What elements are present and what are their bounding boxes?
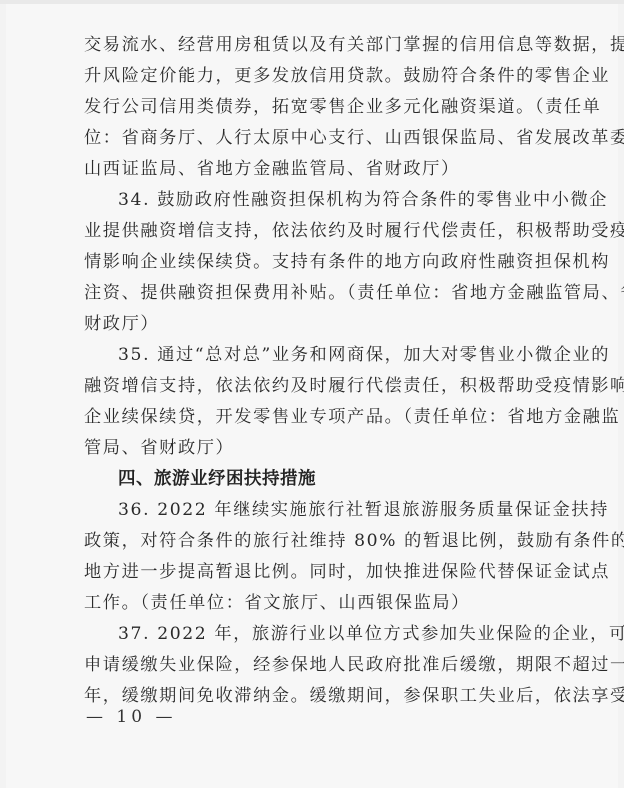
text-line: 升风险定价能力，更多发放信用贷款。鼓励符合条件的零售企业 [84, 61, 540, 92]
text-line: 发行公司信用类债券，拓宽零售企业多元化融资渠道。（责任单 [84, 92, 540, 123]
text-line: 政策，对符合条件的旅行社维持 80% 的暂退比例，鼓励有条件的 [84, 526, 540, 557]
text-line: 37. 2022 年，旅游行业以单位方式参加失业保险的企业，可 [84, 619, 540, 650]
text-line: 情影响企业续保续贷。支持有条件的地方向政府性融资担保机构 [84, 247, 540, 278]
paragraph-36: 36. 2022 年继续实施旅行社暂退旅游服务质量保证金扶持 政策，对符合条件的… [84, 495, 540, 619]
text-line: 融资增信支持，依法依约及时履行代偿责任，积极帮助受疫情影响 [84, 371, 540, 402]
text-line: 山西证监局、省地方金融监管局、省财政厅） [84, 154, 540, 185]
text-line: 位：省商务厅、人行太原中心支行、山西银保监局、省发展改革委、 [84, 123, 540, 154]
text-line: 申请缓缴失业保险，经参保地人民政府批准后缓缴，期限不超过一 [84, 650, 540, 681]
paragraph-35: 35. 通过“总对总”业务和网商保，加大对零售业小微企业的 融资增信支持，依法依… [84, 340, 540, 464]
paragraph-34: 34. 鼓励政府性融资担保机构为符合条件的零售业中小微企 业提供融资增信支持，依… [84, 185, 540, 340]
section-heading: 四、旅游业纾困扶持措施 [84, 464, 540, 495]
text-line: 34. 鼓励政府性融资担保机构为符合条件的零售业中小微企 [84, 185, 540, 216]
paragraph-continued: 交易流水、经营用房租赁以及有关部门掌握的信用信息等数据，提 升风险定价能力，更多… [84, 30, 540, 185]
text-line: 企业续保续贷，开发零售业专项产品。（责任单位：省地方金融监 [84, 402, 540, 433]
text-line: 工作。（责任单位：省文旅厅、山西银保监局） [84, 588, 540, 619]
document-body: 交易流水、经营用房租赁以及有关部门掌握的信用信息等数据，提 升风险定价能力，更多… [84, 30, 540, 712]
text-line: 地方进一步提高暂退比例。同时，加快推进保险代替保证金试点 [84, 557, 540, 588]
text-line: 管局、省财政厅） [84, 433, 540, 464]
page-number: — 10 — [86, 705, 176, 729]
text-line: 35. 通过“总对总”业务和网商保，加大对零售业小微企业的 [84, 340, 540, 371]
text-line: 业提供融资增信支持，依法依约及时履行代偿责任，积极帮助受疫 [84, 216, 540, 247]
text-line: 36. 2022 年继续实施旅行社暂退旅游服务质量保证金扶持 [84, 495, 540, 526]
paragraph-37: 37. 2022 年，旅游行业以单位方式参加失业保险的企业，可 申请缓缴失业保险… [84, 619, 540, 712]
text-line: 交易流水、经营用房租赁以及有关部门掌握的信用信息等数据，提 [84, 30, 540, 61]
text-line: 财政厅） [84, 309, 540, 340]
text-line: 注资、提供融资担保费用补贴。（责任单位：省地方金融监管局、省 [84, 278, 540, 309]
